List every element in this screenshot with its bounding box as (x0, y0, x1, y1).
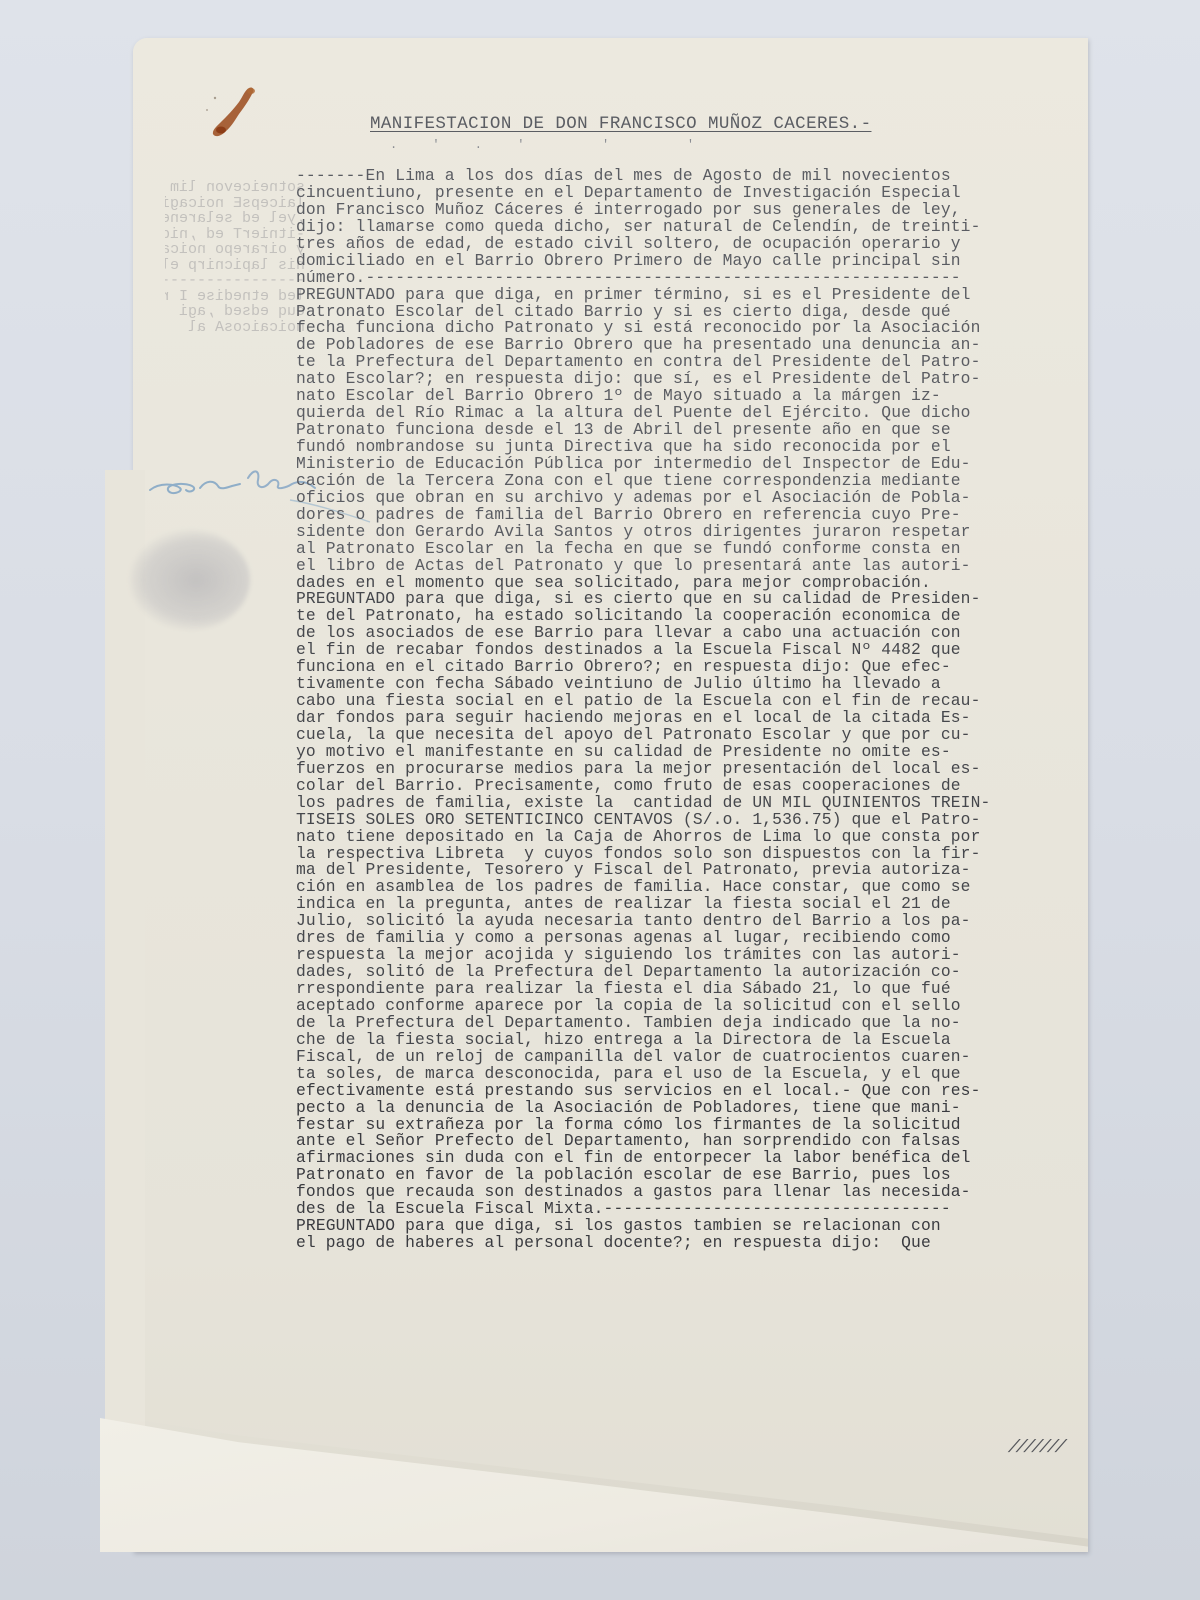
bleed-through-text: sotneicevon lim ed otso- laicepsE noicag… (165, 180, 305, 335)
thumbprint-smudge (130, 530, 250, 630)
text-line: el pago de haberes al personal docente?;… (296, 1235, 1076, 1252)
text-line: pecto a la denuncia de la Asociación de … (296, 1100, 1076, 1117)
end-of-page-marks: /////// (1005, 1438, 1066, 1458)
paper-edge (105, 470, 145, 1552)
typewritten-body: -------En Lima a los dos días del mes de… (296, 168, 1076, 1252)
text-line: nato tiene depositado en la Caja de Ahor… (296, 829, 1076, 846)
document-title: MANIFESTACION DE DON FRANCISCO MUÑOZ CAC… (370, 114, 871, 134)
text-line: PREGUNTADO para que diga, en primer térm… (296, 287, 1076, 304)
title-marks: . ' . ' ' ' (390, 138, 708, 152)
rust-stain (205, 80, 265, 150)
text-line: el libro de Actas del Patronato y que lo… (296, 558, 1076, 575)
